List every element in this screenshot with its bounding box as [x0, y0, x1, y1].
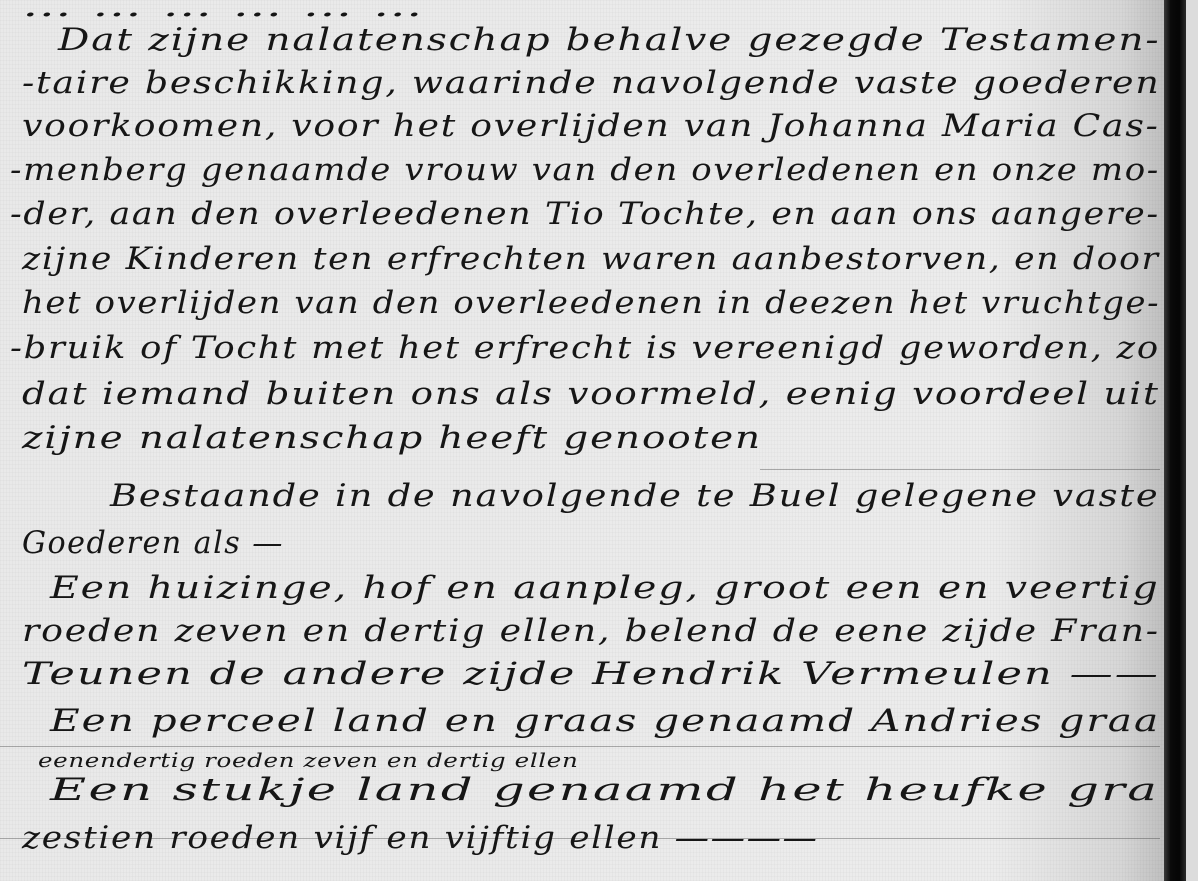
- text-line: -bruik of Tocht met het erfrecht is vere…: [10, 330, 1160, 366]
- text-line: Bestaande in de navolgende te Buel geleg…: [110, 478, 1159, 514]
- ruled-line: [0, 746, 1160, 747]
- manuscript-page: … … … … … … Dat zijne nalatenschap behal…: [0, 0, 1168, 881]
- text-line: Een perceel land en graas genaamd Andrie…: [50, 703, 1160, 739]
- text-line: -taire beschikking, waarinde navolgende …: [22, 65, 1160, 101]
- text-line: zestien roeden vijf en vijftig ellen ———…: [22, 820, 819, 856]
- text-line: -menberg genaamde vrouw van den overlede…: [10, 152, 1160, 188]
- text-line: … … … … … …: [22, 0, 425, 24]
- adjacent-page-edge: [1186, 0, 1198, 881]
- text-line: roeden zeven en dertig ellen, belend de …: [22, 613, 1160, 649]
- text-line: zijne nalatenschap heeft genooten: [22, 420, 762, 456]
- text-line: zijne Kinderen ten erfrechten waren aanb…: [22, 241, 1160, 277]
- text-line: het overlijden van den overleedenen in d…: [22, 285, 1160, 321]
- text-line: Teunen de andere zijde Hendrik Vermeulen…: [22, 656, 1160, 692]
- interlinear-text-line: eenendertig roeden zeven en dertig ellen: [38, 748, 578, 772]
- text-line: Een stukje land genaamd het heufke gra: [50, 772, 1159, 808]
- text-line: -der, aan den overleedenen Tio Tochte, e…: [10, 196, 1160, 232]
- text-line: Dat zijne nalatenschap behalve gezegde T…: [58, 22, 1160, 58]
- text-line: voorkoomen, voor het overlijden van Joha…: [22, 108, 1160, 144]
- text-line: Een huizinge, hof en aanpleg, groot een …: [50, 570, 1160, 606]
- text-line: Goederen als —: [22, 525, 284, 561]
- text-line: dat iemand buiten ons als voormeld, eeni…: [22, 376, 1160, 412]
- page-binding-edge: [1164, 0, 1186, 881]
- ruled-line: [760, 469, 1160, 470]
